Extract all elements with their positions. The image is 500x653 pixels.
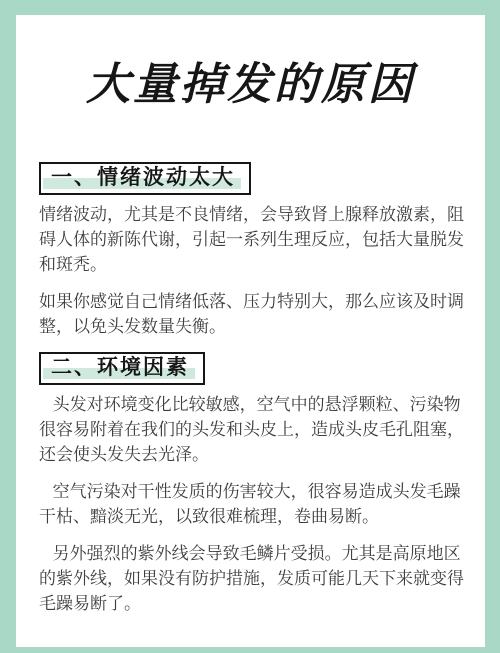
paragraph-environment-2: 空气污染对干性发质的伤害较大，很容易造成头发毛躁干枯、黯淡无光，以致很难梳理，卷… [39, 479, 471, 529]
section-emotion: 一、情绪波动太大 情绪波动，尤其是不良情绪，会导致肾上腺释放激素，阻碍人体的新陈… [16, 112, 485, 339]
paragraph-emotion-1: 情绪波动，尤其是不良情绪，会导致肾上腺释放激素，阻碍人体的新陈代谢，引起一系列生… [39, 202, 471, 277]
paragraph-environment-1: 头发对环境变化比较敏感，空气中的悬浮颗粒、污染物很容易附着在我们的头发和头皮上，… [39, 392, 471, 467]
infographic-page: { "page": { "title": "大量掉发的原因", "colors"… [0, 0, 500, 653]
page-title: 大量掉发的原因 [16, 57, 485, 112]
paragraph-environment-3: 另外强烈的紫外线会导致毛鳞片受损。尤其是高原地区的紫外线，如果没有防护措施，发质… [39, 541, 471, 616]
content-card: 大量掉发的原因 一、情绪波动太大 情绪波动，尤其是不良情绪，会导致肾上腺释放激素… [16, 15, 485, 647]
section-2-heading: 二、环境因素 [51, 356, 189, 379]
section-1-heading-box: 一、情绪波动太大 [39, 162, 251, 195]
section-1-heading: 一、情绪波动太大 [51, 166, 235, 189]
paragraph-emotion-2: 如果你感觉自己情绪低落、压力特别大，那么应该及时调整，以免头发数量失衡。 [39, 289, 471, 339]
section-2-heading-box: 二、环境因素 [39, 352, 205, 385]
section-environment: 二、环境因素 头发对环境变化比较敏感，空气中的悬浮颗粒、污染物很容易附着在我们的… [16, 351, 485, 616]
